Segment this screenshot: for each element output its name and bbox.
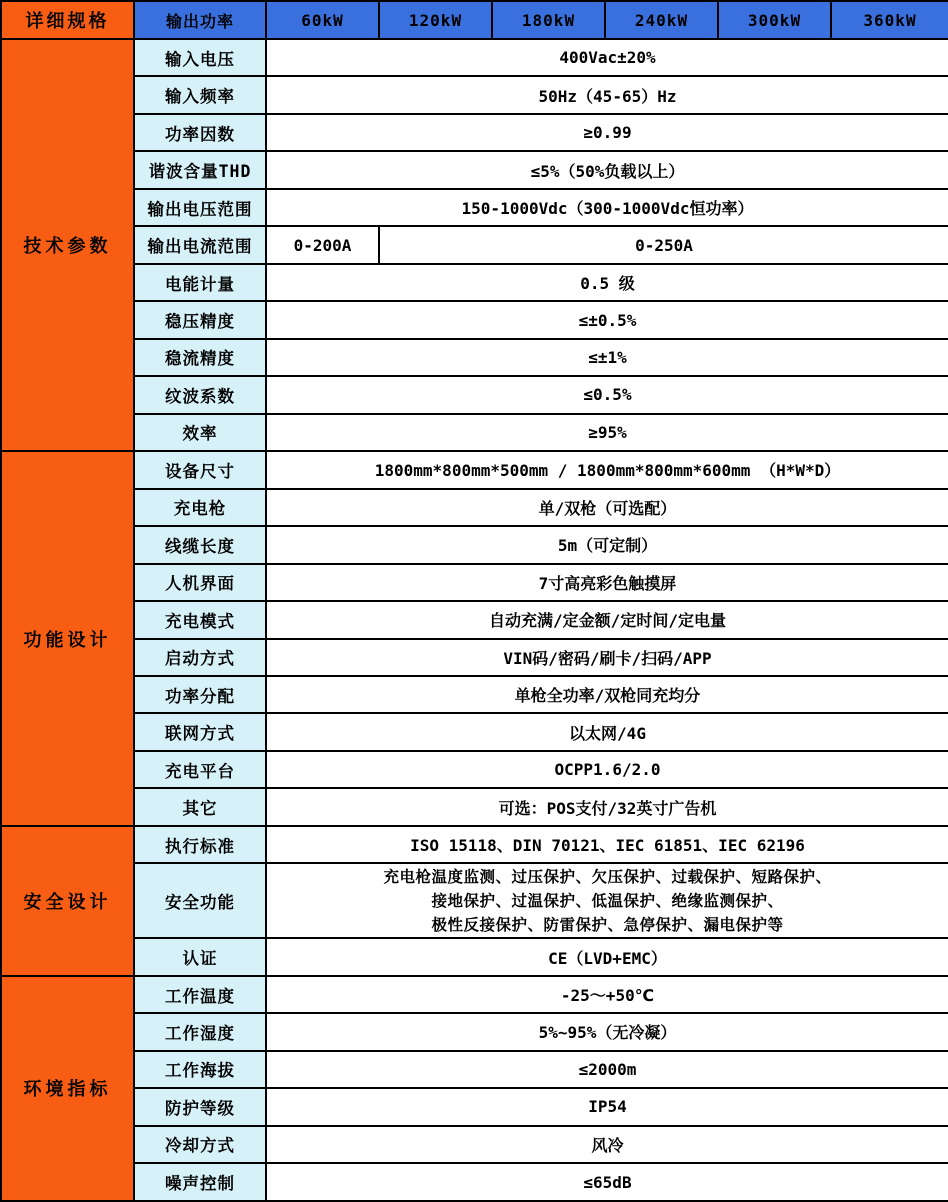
corner-title: 详细规格 [1, 1, 134, 39]
table-row: 认证 CE（LVD+EMC） [1, 938, 948, 975]
table-row: 人机界面 7寸高亮彩色触摸屏 [1, 564, 948, 601]
row-value: ≤5%（50%负载以上） [266, 151, 948, 188]
row-value: ≥0.99 [266, 114, 948, 151]
table-row: 稳压精度 ≤±0.5% [1, 301, 948, 338]
table-row: 其它 可选：POS支付/32英寸广告机 [1, 788, 948, 825]
table-row: 充电平台 OCPP1.6/2.0 [1, 751, 948, 788]
row-value: 单枪全功率/双枪同充均分 [266, 676, 948, 713]
row-label: 工作海拔 [134, 1051, 266, 1088]
power-column-180kw: 180kW [492, 1, 605, 39]
table-row: 工作湿度 5%~95%（无冷凝） [1, 1013, 948, 1050]
row-label: 安全功能 [134, 863, 266, 938]
row-label: 效率 [134, 414, 266, 451]
row-value: ≤±0.5% [266, 301, 948, 338]
table-row: 电能计量 0.5 级 [1, 264, 948, 301]
row-value: VIN码/密码/刷卡/扫码/APP [266, 639, 948, 676]
row-label: 工作湿度 [134, 1013, 266, 1050]
row-label: 工作温度 [134, 976, 266, 1013]
table-row: 冷却方式 风冷 [1, 1126, 948, 1163]
row-value: ISO 15118、DIN 70121、IEC 61851、IEC 62196 [266, 826, 948, 863]
row-label: 输出电流范围 [134, 226, 266, 263]
row-value: 自动充满/定金额/定时间/定电量 [266, 601, 948, 638]
row-label: 谐波含量THD [134, 151, 266, 188]
row-value: 7寸高亮彩色触摸屏 [266, 564, 948, 601]
row-value: 150-1000Vdc（300-1000Vdc恒功率） [266, 189, 948, 226]
power-column-120kw: 120kW [379, 1, 492, 39]
row-value: 5%~95%（无冷凝） [266, 1013, 948, 1050]
row-label: 设备尺寸 [134, 451, 266, 488]
spec-sheet: 详细规格 输出功率 60kW 120kW 180kW 240kW 300kW 3… [0, 0, 948, 1202]
row-value: 1800mm*800mm*500mm / 1800mm*800mm*600mm … [266, 451, 948, 488]
row-label: 联网方式 [134, 713, 266, 750]
table-row: 效率 ≥95% [1, 414, 948, 451]
table-row: 线缆长度 5m（可定制） [1, 526, 948, 563]
table-row: 功率分配 单枪全功率/双枪同充均分 [1, 676, 948, 713]
row-value: 可选：POS支付/32英寸广告机 [266, 788, 948, 825]
row-value-other-models: 0-250A [379, 226, 948, 263]
table-row: 充电模式 自动充满/定金额/定时间/定电量 [1, 601, 948, 638]
table-row-safety-functions: 安全功能 充电枪温度监测、过压保护、欠压保护、过载保护、短路保护、 接地保护、过… [1, 863, 948, 938]
spec-table: 详细规格 输出功率 60kW 120kW 180kW 240kW 300kW 3… [0, 0, 948, 1202]
table-row: 启动方式 VIN码/密码/刷卡/扫码/APP [1, 639, 948, 676]
table-row: 稳流精度 ≤±1% [1, 339, 948, 376]
row-label: 输入电压 [134, 39, 266, 76]
table-row: 技术参数 输入电压 400Vac±20% [1, 39, 948, 76]
row-value: 充电枪温度监测、过压保护、欠压保护、过载保护、短路保护、 接地保护、过温保护、低… [266, 863, 948, 938]
row-value: ≤0.5% [266, 376, 948, 413]
row-value: 以太网/4G [266, 713, 948, 750]
section-safety-design: 安全设计 [1, 826, 134, 976]
row-value: ≤65dB [266, 1163, 948, 1201]
section-function-design: 功能设计 [1, 451, 134, 826]
table-row: 环境指标 工作温度 -25～+50℃ [1, 976, 948, 1013]
row-value: 5m（可定制） [266, 526, 948, 563]
row-value: CE（LVD+EMC） [266, 938, 948, 975]
table-row: 谐波含量THD ≤5%（50%负载以上） [1, 151, 948, 188]
row-label: 稳压精度 [134, 301, 266, 338]
row-value: 单/双枪（可选配） [266, 489, 948, 526]
row-label: 启动方式 [134, 639, 266, 676]
table-row: 功率因数 ≥0.99 [1, 114, 948, 151]
table-row: 充电枪 单/双枪（可选配） [1, 489, 948, 526]
row-value: IP54 [266, 1088, 948, 1125]
power-column-60kw: 60kW [266, 1, 379, 39]
row-label: 噪声控制 [134, 1163, 266, 1201]
power-column-360kw: 360kW [831, 1, 948, 39]
row-label: 充电平台 [134, 751, 266, 788]
row-label: 执行标准 [134, 826, 266, 863]
row-value-60kw: 0-200A [266, 226, 379, 263]
row-value: 风冷 [266, 1126, 948, 1163]
table-row: 纹波系数 ≤0.5% [1, 376, 948, 413]
output-power-header: 输出功率 [134, 1, 266, 39]
row-value: OCPP1.6/2.0 [266, 751, 948, 788]
row-label: 功率分配 [134, 676, 266, 713]
row-value: ≥95% [266, 414, 948, 451]
row-value: 50Hz（45-65）Hz [266, 76, 948, 113]
row-value: ≤±1% [266, 339, 948, 376]
table-row: 防护等级 IP54 [1, 1088, 948, 1125]
row-label: 功率因数 [134, 114, 266, 151]
table-row: 安全设计 执行标准 ISO 15118、DIN 70121、IEC 61851、… [1, 826, 948, 863]
section-technical-params: 技术参数 [1, 39, 134, 451]
row-label: 认证 [134, 938, 266, 975]
table-row: 功能设计 设备尺寸 1800mm*800mm*500mm / 1800mm*80… [1, 451, 948, 488]
row-label: 其它 [134, 788, 266, 825]
row-value: -25～+50℃ [266, 976, 948, 1013]
row-label: 输出电压范围 [134, 189, 266, 226]
row-label: 输入频率 [134, 76, 266, 113]
row-value: ≤2000m [266, 1051, 948, 1088]
row-label: 充电模式 [134, 601, 266, 638]
row-label: 线缆长度 [134, 526, 266, 563]
row-label: 纹波系数 [134, 376, 266, 413]
header-row: 详细规格 输出功率 60kW 120kW 180kW 240kW 300kW 3… [1, 1, 948, 39]
row-label: 稳流精度 [134, 339, 266, 376]
section-environment: 环境指标 [1, 976, 134, 1201]
table-row: 噪声控制 ≤65dB [1, 1163, 948, 1201]
power-column-300kw: 300kW [718, 1, 831, 39]
row-value: 400Vac±20% [266, 39, 948, 76]
row-label: 充电枪 [134, 489, 266, 526]
row-label: 防护等级 [134, 1088, 266, 1125]
table-row: 输出电压范围 150-1000Vdc（300-1000Vdc恒功率） [1, 189, 948, 226]
row-label: 电能计量 [134, 264, 266, 301]
row-label: 冷却方式 [134, 1126, 266, 1163]
row-value: 0.5 级 [266, 264, 948, 301]
table-row: 输入频率 50Hz（45-65）Hz [1, 76, 948, 113]
power-column-240kw: 240kW [605, 1, 718, 39]
table-row-output-current: 输出电流范围 0-200A 0-250A [1, 226, 948, 263]
row-label: 人机界面 [134, 564, 266, 601]
table-row: 工作海拔 ≤2000m [1, 1051, 948, 1088]
table-row: 联网方式 以太网/4G [1, 713, 948, 750]
